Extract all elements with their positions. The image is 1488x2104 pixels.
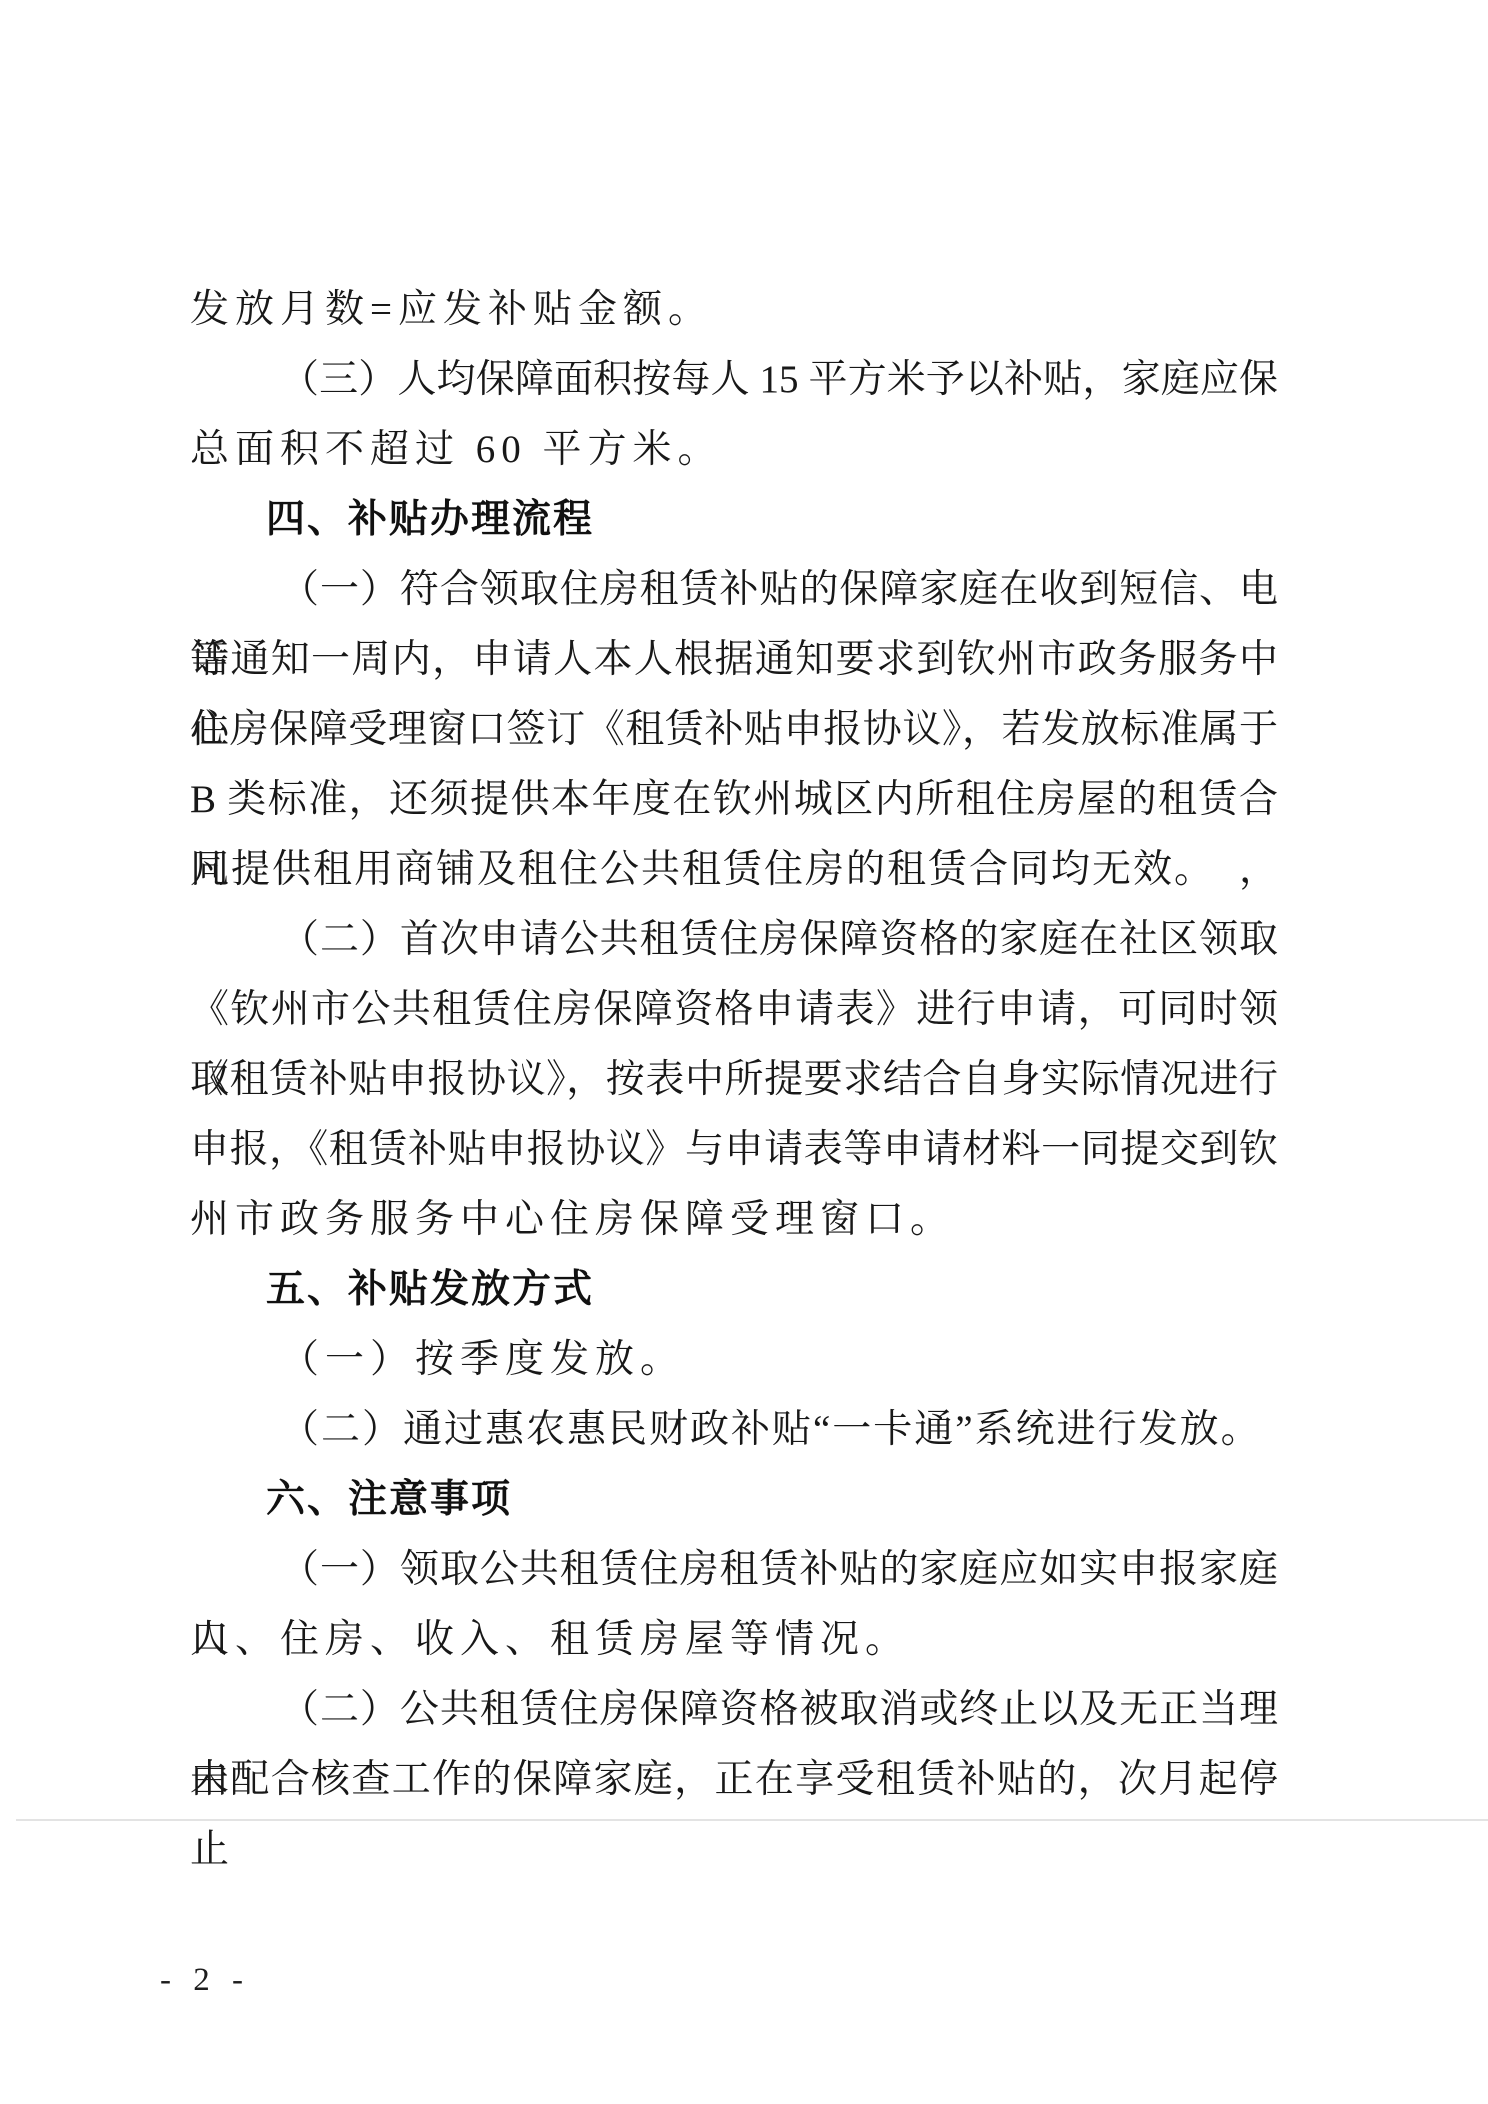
text-line: 总面积不超过 60 平方米。	[190, 415, 1278, 485]
text-line: B 类标准，还须提供本年度在钦州城区内所租住房屋的租赁合同，	[190, 765, 1278, 835]
text-line: （三）人均保障面积按每人 15 平方米予以补贴，家庭应保	[190, 345, 1278, 415]
text-line: 凡提供租用商铺及租住公共租赁住房的租赁合同均无效。	[190, 835, 1278, 905]
text-line: 申报，《租赁补贴申报协议》与申请表等申请材料一同提交到钦	[190, 1115, 1278, 1185]
document-page: 发放月数=应发补贴金额。（三）人均保障面积按每人 15 平方米予以补贴，家庭应保…	[0, 0, 1488, 2104]
section-heading: 五、补贴发放方式	[190, 1255, 1278, 1325]
text-line: （二）首次申请公共租赁住房保障资格的家庭在社区领取	[190, 905, 1278, 975]
text-line: （二）公共租赁住房保障资格被取消或终止以及无正当理由	[190, 1675, 1278, 1745]
text-line: 《钦州市公共租赁住房保障资格申请表》进行申请，可同时领取	[190, 975, 1278, 1045]
scan-artifact-line	[16, 1819, 1488, 1821]
page-number: - 2 -	[160, 1958, 250, 2002]
text-line: 等通知一周内，申请人本人根据通知要求到钦州市政务服务中心	[190, 625, 1278, 695]
text-line: 发放月数=应发补贴金额。	[190, 275, 1278, 345]
document-body: 发放月数=应发补贴金额。（三）人均保障面积按每人 15 平方米予以补贴，家庭应保…	[190, 275, 1278, 1815]
section-heading: 四、补贴办理流程	[190, 485, 1278, 555]
text-line: 未配合核查工作的保障家庭，正在享受租赁补贴的，次月起停止	[190, 1745, 1278, 1815]
text-line: 州市政务服务中心住房保障受理窗口。	[190, 1185, 1278, 1255]
section-heading: 六、注意事项	[190, 1465, 1278, 1535]
text-line: （一）领取公共租赁住房租赁补贴的家庭应如实申报家庭人	[190, 1535, 1278, 1605]
text-line: 《租赁补贴申报协议》，按表中所提要求结合自身实际情况进行	[190, 1045, 1278, 1115]
text-line: 口、住房、收入、租赁房屋等情况。	[190, 1605, 1278, 1675]
text-line: 住房保障受理窗口签订《租赁补贴申报协议》，若发放标准属于	[190, 695, 1278, 765]
text-line: （一）按季度发放。	[190, 1325, 1278, 1395]
text-line: （一）符合领取住房租赁补贴的保障家庭在收到短信、电话	[190, 555, 1278, 625]
text-line: （二）通过惠农惠民财政补贴“一卡通”系统进行发放。	[190, 1395, 1278, 1465]
